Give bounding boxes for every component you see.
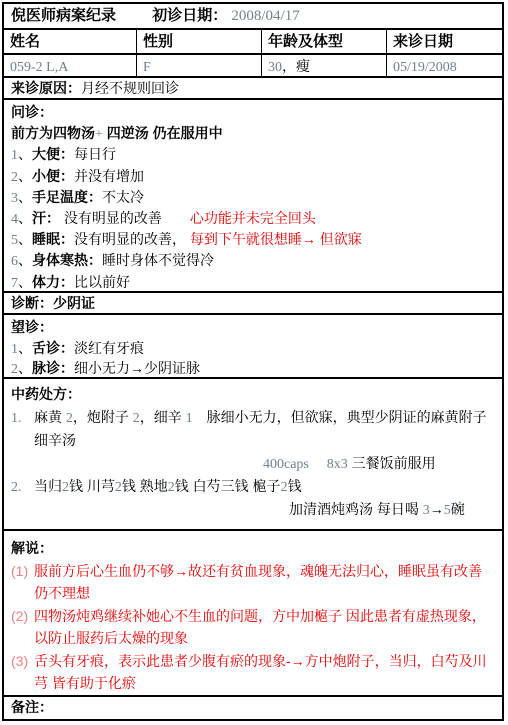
title-row: 倪医师病案纪录 初诊日期： 2008/04/17 bbox=[4, 4, 502, 30]
inquiry-section: 问诊： 前方为四物汤+ 四逆汤 仍在服用中 1、大便：每日行 2、小便：并没有增… bbox=[4, 100, 502, 293]
text-segment: 麻黄 bbox=[34, 409, 66, 425]
explanation-item-2: (2)四物汤炖鸡继续补她心不生血的问题，方中加槴子 因此患者有虚热现象， bbox=[11, 605, 495, 628]
text-segment: ，细辛 bbox=[140, 409, 186, 425]
text-segment: 来诊原因： bbox=[11, 80, 81, 96]
explanation-item-3: (3)舌头有牙痕，表示此患者少腹有瘀的现象-→方中炮附子，当归，白芍及川 bbox=[11, 650, 495, 673]
text-segment: 2 bbox=[168, 480, 175, 495]
patient-visit-date-value: 05/19/2008 bbox=[386, 55, 502, 76]
diagnosis-row: 诊断：少阴证 bbox=[4, 293, 502, 315]
text-segment: 钱 熟地 bbox=[122, 478, 168, 494]
text-segment: 没有明显的改善 bbox=[60, 210, 162, 226]
text-segment: 每到下午就很想睡→ 但欲寐 bbox=[186, 231, 362, 247]
patient-header-row: 姓名 性别 年龄及体型 来诊日期 bbox=[4, 30, 502, 55]
text-segment: 手足温度： bbox=[32, 189, 102, 205]
text-segment: 3 bbox=[423, 503, 430, 518]
inspection-item-tongue: 1、舌诊：淡红有牙痕 bbox=[11, 338, 502, 359]
inquiry-heading: 问诊： bbox=[11, 102, 502, 123]
text-segment: 7 bbox=[11, 276, 18, 291]
text-segment: 2 bbox=[281, 480, 288, 495]
text-segment: 059-2 L,A bbox=[10, 60, 68, 75]
text-segment: 加清酒炖鸡汤 每日喝 bbox=[289, 501, 423, 517]
text-segment: 、 bbox=[18, 340, 32, 356]
medical-record-document: 倪医师病案纪录 初诊日期： 2008/04/17 姓名 性别 年龄及体型 来诊日… bbox=[2, 2, 504, 721]
text-segment: 前方为四物汤 bbox=[11, 125, 95, 141]
text-segment: 5 bbox=[444, 503, 451, 518]
prescription-item-1: 1.麻黄 2，炮附子 2，细辛 1 脉细小无力，但欲寐，典型少阴证的麻黄附子 bbox=[11, 406, 502, 429]
text-segment: 舌诊： bbox=[32, 340, 74, 356]
inquiry-item-stool: 1、大便：每日行 bbox=[11, 144, 502, 165]
inquiry-item-energy: 7、体力：比以前好 bbox=[11, 272, 502, 293]
previous-prescription-line: 前方为四物汤+ 四逆汤 仍在服用中 bbox=[11, 123, 502, 144]
text-segment: 、 bbox=[18, 252, 32, 268]
text-segment: 比以前好 bbox=[74, 274, 130, 290]
text-segment: 小便： bbox=[32, 168, 74, 184]
text-segment: 2 bbox=[115, 480, 122, 495]
text-segment: 诊断： bbox=[11, 295, 53, 311]
explanation-item-1: (1)服前方后心生血仍不够→故还有贫血现象，魂魄无法归心，睡眠虽有改善 bbox=[11, 560, 495, 583]
text-segment: 备注： bbox=[11, 699, 53, 715]
header-cell-name: 姓名 bbox=[4, 30, 136, 53]
text-segment: 、 bbox=[18, 231, 32, 247]
text-segment: 月经不规则回诊 bbox=[81, 80, 179, 96]
inspection-item-pulse: 2、脉诊：细小无力→少阴证脉 bbox=[11, 358, 502, 379]
text-segment: 细小无力→少阴证脉 bbox=[74, 360, 200, 376]
text-segment: (3) bbox=[11, 650, 34, 673]
text-segment: 碗 bbox=[451, 501, 465, 517]
text-segment: 1. bbox=[11, 407, 34, 430]
text-segment bbox=[309, 455, 327, 471]
text-segment: 6 bbox=[11, 254, 18, 269]
text-segment: 05/19/2008 bbox=[393, 60, 457, 75]
inquiry-item-limb-temperature: 3、手足温度：不太冷 bbox=[11, 187, 502, 208]
explanation-item-2-continuation: 以防止服药后太燥的现象 bbox=[11, 627, 495, 650]
text-segment: (2) bbox=[11, 605, 34, 628]
text-segment: 每日行 bbox=[74, 146, 116, 162]
inspection-heading: 望诊： bbox=[11, 317, 502, 338]
explanation-item-3-continuation: 芎 皆有助于化瘀 bbox=[11, 672, 495, 695]
text-segment: 钱 川芎 bbox=[69, 478, 115, 494]
visit-reason-row: 来诊原因：月经不规则回诊 bbox=[4, 78, 502, 100]
text-segment: 心功能并未完全回头 bbox=[162, 210, 316, 226]
text-segment: 8x3 bbox=[327, 457, 348, 472]
text-segment: 1 bbox=[11, 148, 18, 163]
text-segment: 当归 bbox=[34, 478, 62, 494]
text-segment: 以防止服药后太燥的现象 bbox=[34, 630, 188, 646]
text-segment: 并没有增加 bbox=[74, 168, 144, 184]
first-visit-date-value: 2008/04/17 bbox=[231, 8, 299, 24]
text-segment: (1) bbox=[11, 560, 34, 583]
text-segment: 、 bbox=[18, 146, 32, 162]
text-segment: 中药处方： bbox=[11, 386, 81, 402]
text-segment: + bbox=[95, 127, 103, 142]
text-segment: 体力： bbox=[32, 274, 74, 290]
patient-value-row: 059-2 L,A F 30，瘦 05/19/2008 bbox=[4, 55, 502, 78]
text-segment: 5 bbox=[11, 233, 18, 248]
text-segment: 钱 白芍三钱 槴子 bbox=[175, 478, 281, 494]
text-segment: 3 bbox=[11, 191, 18, 206]
text-segment: 400caps bbox=[263, 457, 309, 472]
text-segment: 1 bbox=[11, 342, 18, 357]
patient-age-body-value: 30，瘦 bbox=[261, 55, 386, 76]
text-segment: 望诊： bbox=[11, 319, 53, 335]
text-segment: ，瘦 bbox=[282, 58, 310, 74]
first-visit-date-label: 初诊日期： bbox=[152, 7, 227, 24]
explanation-item-1-continuation: 仍不理想 bbox=[11, 582, 495, 605]
patient-gender-value: F bbox=[136, 55, 261, 76]
text-segment: 、 bbox=[18, 210, 32, 226]
text-segment: 2 bbox=[11, 362, 18, 377]
text-segment: 问诊： bbox=[11, 104, 53, 120]
text-segment: 芎 皆有助于化瘀 bbox=[34, 675, 136, 691]
text-segment: 三餐饭前服用 bbox=[348, 455, 436, 471]
text-segment: 不太冷 bbox=[102, 189, 144, 205]
prescription-soup-line: 加清酒炖鸡汤 每日喝 3→5碗 bbox=[11, 498, 502, 521]
text-segment: 2 bbox=[133, 411, 140, 426]
inquiry-item-body-heat: 6、身体寒热：睡时身体不觉得冷 bbox=[11, 250, 502, 271]
inquiry-item-urine: 2、小便：并没有增加 bbox=[11, 166, 502, 187]
text-segment: 汗： bbox=[32, 210, 60, 226]
prescription-section: 中药处方： 1.麻黄 2，炮附子 2，细辛 1 脉细小无力，但欲寐，典型少阴证的… bbox=[4, 379, 502, 531]
text-segment: 没有明显的改善， bbox=[74, 231, 186, 247]
text-segment: 、 bbox=[18, 360, 32, 376]
text-segment: 2 bbox=[62, 480, 69, 495]
text-segment: 细辛汤 bbox=[34, 432, 76, 448]
text-segment: 2 bbox=[66, 411, 73, 426]
text-segment: ，炮附子 bbox=[73, 409, 133, 425]
patient-name-value: 059-2 L,A bbox=[4, 55, 136, 76]
notes-row: 备注： bbox=[4, 697, 502, 719]
explanation-section: 解说： (1)服前方后心生血仍不够→故还有贫血现象，魂魄无法归心，睡眠虽有改善 … bbox=[4, 531, 502, 697]
record-title: 倪医师病案纪录 bbox=[11, 7, 116, 24]
text-segment: 、 bbox=[18, 274, 32, 290]
text-segment: 舌头有牙痕，表示此患者少腹有瘀的现象-→方中炮附子，当归，白芍及川 bbox=[34, 653, 487, 669]
header-cell-age-body: 年龄及体型 bbox=[261, 30, 386, 53]
text-segment: 少阴证 bbox=[53, 295, 95, 311]
prescription-item-1-continuation: 细辛汤 bbox=[11, 429, 502, 452]
text-segment: 30 bbox=[268, 60, 282, 75]
text-segment: 解说： bbox=[11, 540, 53, 556]
text-segment: 身体寒热： bbox=[32, 252, 102, 268]
text-segment: F bbox=[143, 60, 151, 75]
text-segment: → bbox=[430, 501, 444, 517]
text-segment: 大便： bbox=[32, 146, 74, 162]
text-segment: 四逆汤 仍在服用中 bbox=[103, 125, 223, 141]
text-segment: 睡眠： bbox=[32, 231, 74, 247]
text-segment: 、 bbox=[18, 189, 32, 205]
text-segment: 、 bbox=[18, 168, 32, 184]
inspection-section: 望诊： 1、舌诊：淡红有牙痕 2、脉诊：细小无力→少阴证脉 bbox=[4, 315, 502, 379]
text-segment: 四物汤炖鸡继续补她心不生血的问题，方中加槴子 因此患者有虚热现象， bbox=[34, 608, 486, 624]
text-segment: 睡时身体不觉得冷 bbox=[102, 252, 214, 268]
explanation-heading: 解说： bbox=[11, 537, 495, 560]
text-segment: 钱 bbox=[288, 478, 302, 494]
prescription-dosage-line: 400caps 8x3 三餐饭前服用 bbox=[11, 452, 502, 475]
text-segment: 2. bbox=[11, 476, 34, 499]
text-segment: 2 bbox=[11, 170, 18, 185]
text-segment: 4 bbox=[11, 212, 18, 227]
text-segment: 脉诊： bbox=[32, 360, 74, 376]
prescription-heading: 中药处方： bbox=[11, 383, 502, 406]
text-segment: 1 bbox=[186, 411, 193, 426]
inquiry-item-sleep: 5、睡眠：没有明显的改善， 每到下午就很想睡→ 但欲寐 bbox=[11, 229, 502, 250]
text-segment: 淡红有牙痕 bbox=[74, 340, 144, 356]
text-segment: 脉细小无力，但欲寐，典型少阴证的麻黄附子 bbox=[193, 409, 487, 425]
inquiry-item-sweat: 4、汗： 没有明显的改善 心功能并未完全回头 bbox=[11, 208, 502, 229]
text-segment: 仍不理想 bbox=[34, 585, 90, 601]
prescription-item-2: 2.当归2钱 川芎2钱 熟地2钱 白芍三钱 槴子2钱 bbox=[11, 475, 502, 498]
header-cell-visit-date: 来诊日期 bbox=[386, 30, 502, 53]
text-segment: 服前方后心生血仍不够→故还有贫血现象，魂魄无法归心，睡眠虽有改善 bbox=[34, 563, 482, 579]
header-cell-gender: 性别 bbox=[136, 30, 261, 53]
